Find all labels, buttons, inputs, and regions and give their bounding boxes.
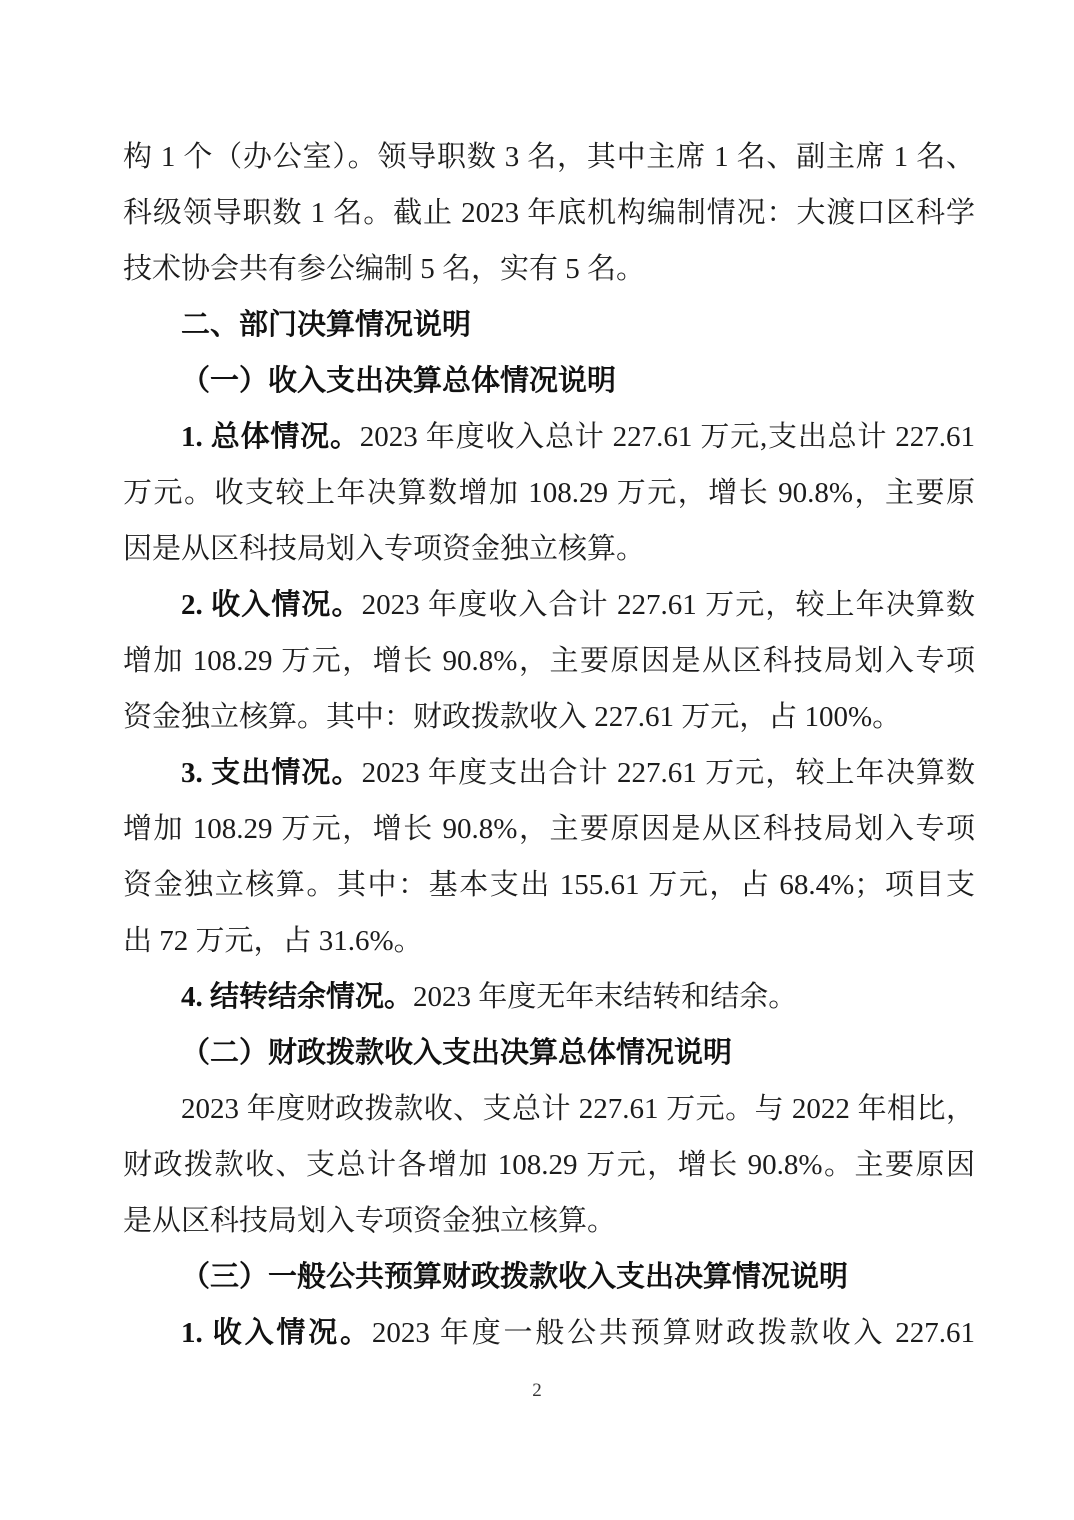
text-line: 1. 收入情况。2023 年度一般公共预算财政拨款收入 227.61 (123, 1305, 975, 1361)
text-segment: 因是从区科技局划入专项资金独立核算。 (123, 533, 645, 565)
text-line: 2023 年度财政拨款收、支总计 227.61 万元。与 2022 年相比， (123, 1081, 975, 1137)
text-line: 万元。收支较上年决算数增加 108.29 万元，增长 90.8%，主要原 (123, 465, 975, 521)
heading-line: （三）一般公共预算财政拨款收入支出决算情况说明 (123, 1249, 975, 1305)
text-segment: 2023 年度收入总计 227.61 万元,支出总计 227.61 (360, 421, 975, 453)
text-line: 因是从区科技局划入专项资金独立核算。 (123, 521, 975, 577)
page-number: 2 (0, 1378, 1074, 1404)
text-segment: 资金独立核算。其中：财政拨款收入 227.61 万元，占 100%。 (123, 701, 901, 733)
text-segment: 资金独立核算。其中：基本支出 155.61 万元，占 68.4%；项目支 (123, 869, 975, 901)
text-line: 增加 108.29 万元，增长 90.8%，主要原因是从区科技局划入专项 (123, 633, 975, 689)
bold-text-segment: （二）财政拨款收入支出决算总体情况说明 (181, 1037, 732, 1069)
text-segment: 2023 年度一般公共预算财政拨款收入 227.61 (372, 1317, 975, 1349)
bold-text-segment: 1. 收入情况。 (181, 1317, 372, 1349)
bold-text-segment: （一）收入支出决算总体情况说明 (181, 365, 616, 397)
text-line: 财政拨款收、支总计各增加 108.29 万元，增长 90.8%。主要原因 (123, 1137, 975, 1193)
text-line: 1. 总体情况。2023 年度收入总计 227.61 万元,支出总计 227.6… (123, 409, 975, 465)
text-segment: 技术协会共有参公编制 5 名，实有 5 名。 (123, 253, 645, 285)
text-line: 4. 结转结余情况。2023 年度无年末结转和结余。 (123, 969, 975, 1025)
text-line: 技术协会共有参公编制 5 名，实有 5 名。 (123, 241, 975, 297)
text-segment: 2023 年度收入合计 227.61 万元，较上年决算数 (362, 589, 975, 621)
text-line: 出 72 万元，占 31.6%。 (123, 913, 975, 969)
bold-text-segment: （三）一般公共预算财政拨款收入支出决算情况说明 (181, 1261, 848, 1293)
text-segment: 2023 年度无年末结转和结余。 (413, 981, 797, 1013)
text-line: 资金独立核算。其中：财政拨款收入 227.61 万元，占 100%。 (123, 689, 975, 745)
bold-text-segment: 4. 结转结余情况。 (181, 981, 413, 1013)
text-line: 3. 支出情况。2023 年度支出合计 227.61 万元，较上年决算数 (123, 745, 975, 801)
text-line: 是从区科技局划入专项资金独立核算。 (123, 1193, 975, 1249)
text-line: 构 1 个（办公室）。领导职数 3 名，其中主席 1 名、副主席 1 名、 (123, 129, 975, 185)
bold-text-segment: 2. 收入情况。 (181, 589, 362, 621)
text-segment: 出 72 万元，占 31.6%。 (123, 925, 423, 957)
text-segment: 财政拨款收、支总计各增加 108.29 万元，增长 90.8%。主要原因 (123, 1149, 975, 1181)
text-line: 科级领导职数 1 名。截止 2023 年底机构编制情况：大渡口区科学 (123, 185, 975, 241)
text-line: 2. 收入情况。2023 年度收入合计 227.61 万元，较上年决算数 (123, 577, 975, 633)
heading-line: （二）财政拨款收入支出决算总体情况说明 (123, 1025, 975, 1081)
document-page: 构 1 个（办公室）。领导职数 3 名，其中主席 1 名、副主席 1 名、科级领… (0, 0, 1074, 1520)
heading-line: 二、部门决算情况说明 (123, 297, 975, 353)
text-segment: 万元。收支较上年决算数增加 108.29 万元，增长 90.8%，主要原 (123, 477, 975, 509)
text-segment: 增加 108.29 万元，增长 90.8%，主要原因是从区科技局划入专项 (123, 645, 975, 677)
document-body: 构 1 个（办公室）。领导职数 3 名，其中主席 1 名、副主席 1 名、科级领… (123, 129, 975, 1361)
text-segment: 是从区科技局划入专项资金独立核算。 (123, 1205, 616, 1237)
text-segment: 科级领导职数 1 名。截止 2023 年底机构编制情况：大渡口区科学 (123, 197, 975, 229)
text-segment: 增加 108.29 万元，增长 90.8%，主要原因是从区科技局划入专项 (123, 813, 975, 845)
heading-line: （一）收入支出决算总体情况说明 (123, 353, 975, 409)
text-line: 资金独立核算。其中：基本支出 155.61 万元，占 68.4%；项目支 (123, 857, 975, 913)
bold-text-segment: 1. 总体情况。 (181, 421, 360, 453)
bold-text-segment: 二、部门决算情况说明 (181, 309, 471, 341)
text-segment: 2023 年度支出合计 227.61 万元，较上年决算数 (362, 757, 975, 789)
text-line: 增加 108.29 万元，增长 90.8%，主要原因是从区科技局划入专项 (123, 801, 975, 857)
text-segment: 构 1 个（办公室）。领导职数 3 名，其中主席 1 名、副主席 1 名、 (123, 141, 975, 173)
text-segment: 2023 年度财政拨款收、支总计 227.61 万元。与 2022 年相比， (181, 1093, 975, 1125)
bold-text-segment: 3. 支出情况。 (181, 757, 362, 789)
